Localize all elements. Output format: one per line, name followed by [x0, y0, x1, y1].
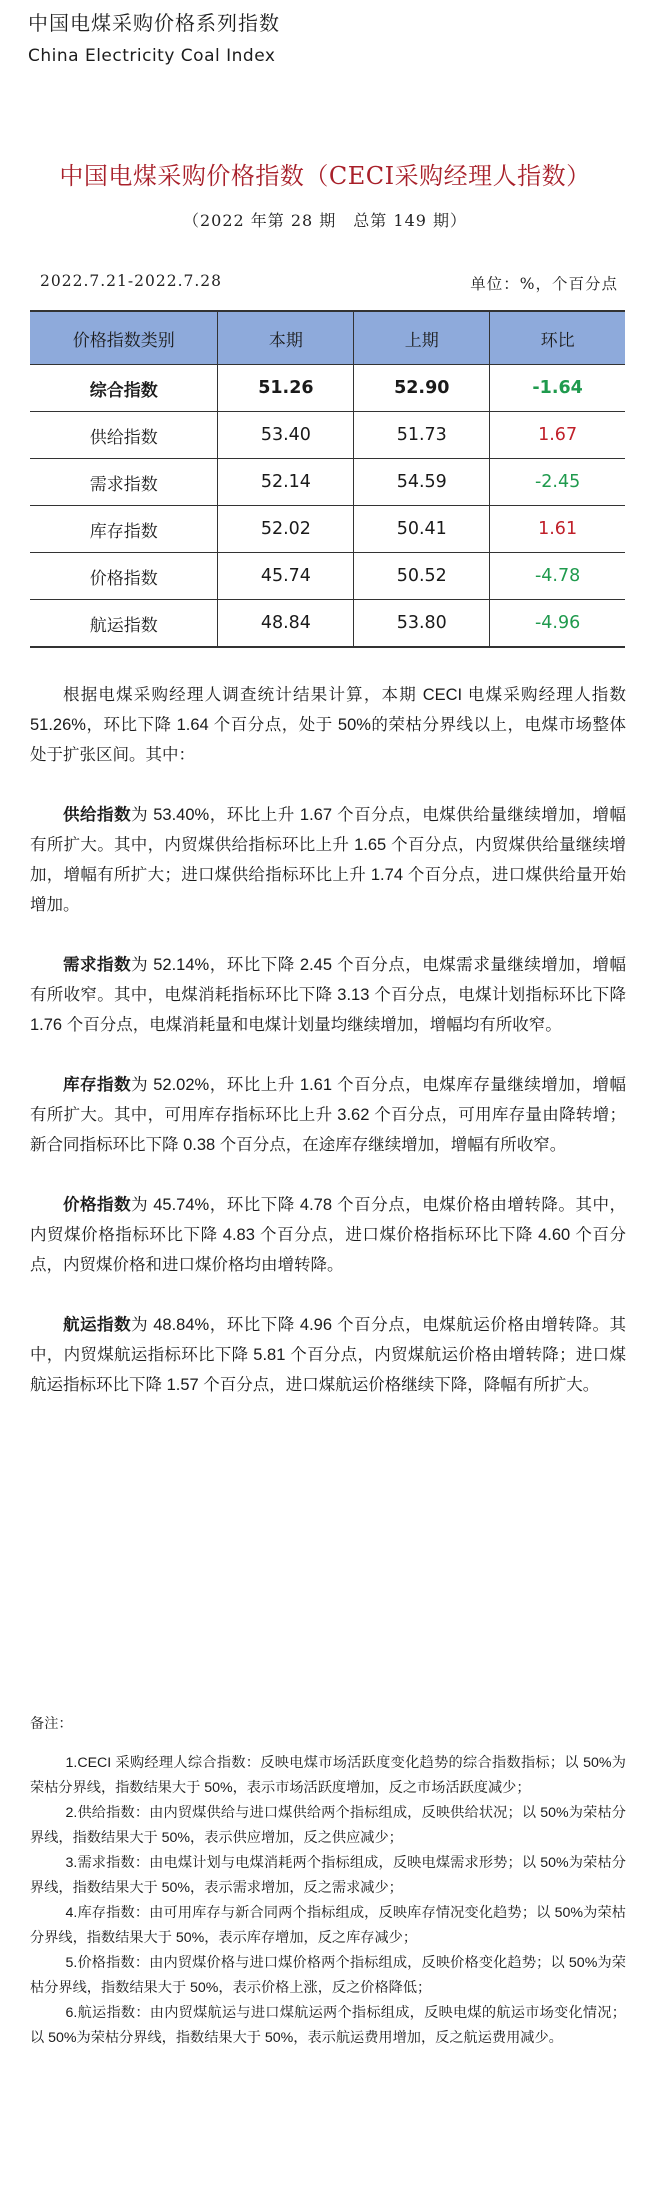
analysis-body: 根据电煤采购经理人调查统计结果计算，本期 CECI 电煤采购经理人指数 51.2…: [30, 680, 626, 1430]
row-current: 51.26: [218, 365, 354, 412]
report-title: 中国电煤采购价格指数（CECI采购经理人指数）: [0, 160, 650, 192]
demand-paragraph: 需求指数为 52.14%，环比下降 2.45 个百分点，电煤需求量继续增加，增幅…: [30, 950, 626, 1040]
price-lead: 价格指数: [63, 1196, 131, 1214]
row-change: 1.67: [490, 412, 625, 459]
supply-lead: 供给指数: [63, 806, 131, 824]
row-category: 综合指数: [30, 365, 218, 412]
inventory-paragraph: 库存指数为 52.02%，环比上升 1.61 个百分点，电煤库存量继续增加，增幅…: [30, 1070, 626, 1160]
table-row: 库存指数 52.02 50.41 1.61: [30, 506, 625, 553]
row-previous: 53.80: [354, 600, 490, 648]
date-range: 2022.7.21-2022.7.28: [40, 272, 222, 294]
table-row: 需求指数 52.14 54.59 -2.45: [30, 459, 625, 506]
unit-label: 单位：%，个百分点: [470, 272, 618, 294]
row-previous: 52.90: [354, 365, 490, 412]
intro-paragraph: 根据电煤采购经理人调查统计结果计算，本期 CECI 电煤采购经理人指数 51.2…: [30, 680, 626, 770]
brand-title-cn: 中国电煤采购价格系列指数: [28, 10, 280, 36]
note-item: 1.CECI 采购经理人综合指数：反映电煤市场活跃度变化趋势的综合指数指标；以 …: [30, 1751, 626, 1801]
row-current: 48.84: [218, 600, 354, 648]
table-row: 综合指数 51.26 52.90 -1.64: [30, 365, 625, 412]
table-row: 航运指数 48.84 53.80 -4.96: [30, 600, 625, 648]
shipping-lead: 航运指数: [63, 1316, 131, 1334]
report-meta: 2022.7.21-2022.7.28 单位：%，个百分点: [40, 272, 618, 294]
index-table: 价格指数类别 本期 上期 环比 综合指数 51.26 52.90 -1.64 供…: [30, 310, 625, 648]
note-item: 6.航运指数：由内贸煤航运与进口煤航运两个指标组成，反映电煤的航运市场变化情况；…: [30, 2001, 626, 2051]
row-previous: 50.52: [354, 553, 490, 600]
row-category: 价格指数: [30, 553, 218, 600]
row-category: 航运指数: [30, 600, 218, 648]
table-row: 价格指数 45.74 50.52 -4.78: [30, 553, 625, 600]
note-item: 4.库存指数：由可用库存与新合同两个指标组成，反映库存情况变化趋势；以 50%为…: [30, 1901, 626, 1951]
note-item: 3.需求指数：由电煤计划与电煤消耗两个指标组成，反映电煤需求形势；以 50%为荣…: [30, 1851, 626, 1901]
brand-title-en: China Electricity Coal Index: [28, 44, 280, 68]
supply-paragraph: 供给指数为 53.40%，环比上升 1.67 个百分点，电煤供给量继续增加，增幅…: [30, 800, 626, 920]
inventory-lead: 库存指数: [63, 1076, 131, 1094]
row-change: -4.78: [490, 553, 625, 600]
row-category: 库存指数: [30, 506, 218, 553]
shipping-paragraph: 航运指数为 48.84%，环比下降 4.96 个百分点，电煤航运价格由增转降。其…: [30, 1310, 626, 1400]
row-previous: 54.59: [354, 459, 490, 506]
row-current: 53.40: [218, 412, 354, 459]
header-current: 本期: [218, 311, 354, 365]
note-item: 5.价格指数：由内贸煤价格与进口煤价格两个指标组成，反映价格变化趋势；以 50%…: [30, 1951, 626, 2001]
issue-number: （2022 年第 28 期 总第 149 期）: [0, 208, 650, 231]
brand-header: 中国电煤采购价格系列指数 China Electricity Coal Inde…: [28, 10, 280, 68]
row-previous: 50.41: [354, 506, 490, 553]
header-previous: 上期: [354, 311, 490, 365]
row-change: -4.96: [490, 600, 625, 648]
row-change: 1.61: [490, 506, 625, 553]
row-category: 供给指数: [30, 412, 218, 459]
notes-section: 备注： 1.CECI 采购经理人综合指数：反映电煤市场活跃度变化趋势的综合指数指…: [30, 1712, 626, 2051]
row-previous: 51.73: [354, 412, 490, 459]
row-current: 52.14: [218, 459, 354, 506]
table-row: 供给指数 53.40 51.73 1.67: [30, 412, 625, 459]
notes-title: 备注：: [30, 1712, 626, 1737]
demand-lead: 需求指数: [63, 956, 131, 974]
row-current: 45.74: [218, 553, 354, 600]
price-paragraph: 价格指数为 45.74%，环比下降 4.78 个百分点，电煤价格由增转降。其中，…: [30, 1190, 626, 1280]
table-header-row: 价格指数类别 本期 上期 环比: [30, 311, 625, 365]
row-change: -2.45: [490, 459, 625, 506]
header-category: 价格指数类别: [30, 311, 218, 365]
row-category: 需求指数: [30, 459, 218, 506]
row-change: -1.64: [490, 365, 625, 412]
row-current: 52.02: [218, 506, 354, 553]
note-item: 2.供给指数：由内贸煤供给与进口煤供给两个指标组成，反映供给状况；以 50%为荣…: [30, 1801, 626, 1851]
header-change: 环比: [490, 311, 625, 365]
